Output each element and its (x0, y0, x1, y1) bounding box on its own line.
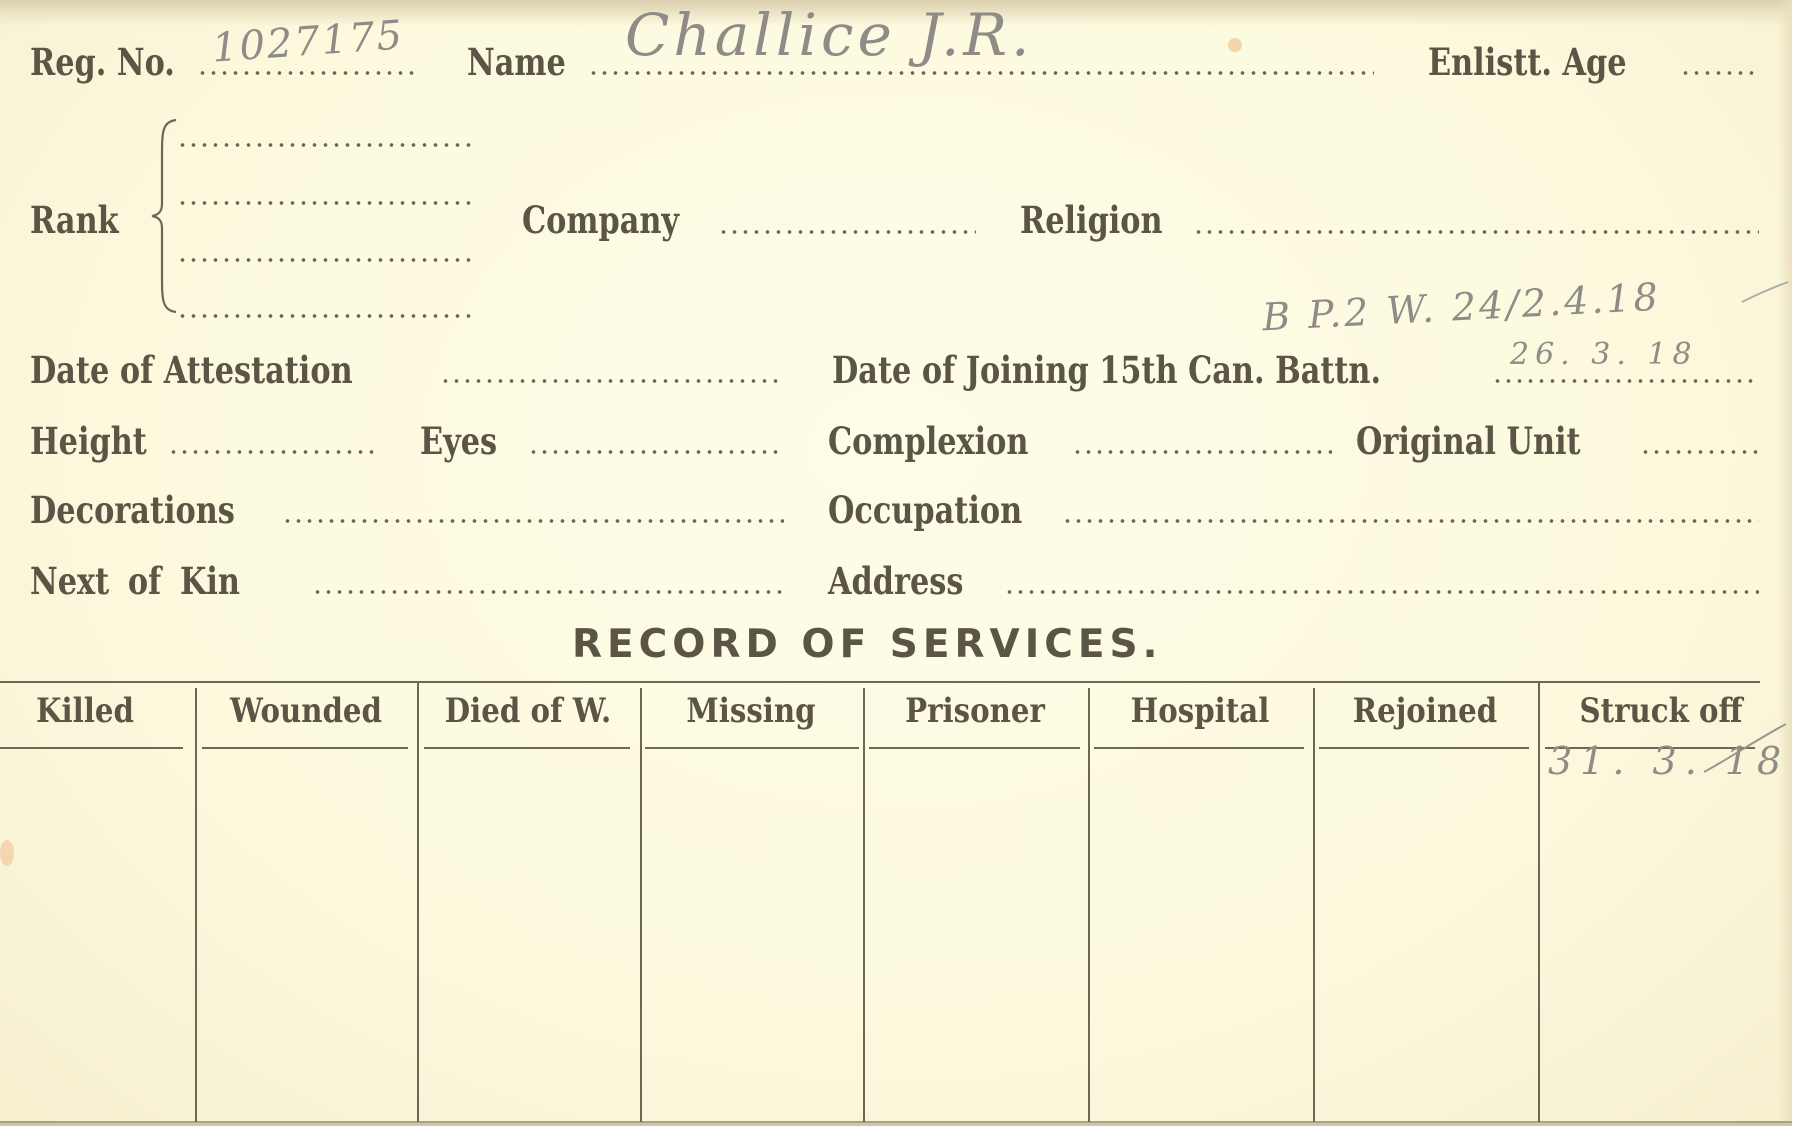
column-divider (640, 688, 642, 1122)
height-label: Height (30, 423, 147, 460)
header-underline (1094, 747, 1304, 749)
name-line (588, 71, 1374, 75)
date-of-joining-line[interactable] (1492, 379, 1759, 383)
reg-no-line (197, 71, 419, 75)
eyes-label: Eyes (420, 423, 497, 460)
enlist-age-line (1680, 71, 1758, 75)
company-line[interactable] (718, 230, 976, 234)
service-record-card: Reg. No. 1027175 Name Challice J.R. Enli… (0, 0, 1792, 1126)
height-line[interactable] (168, 450, 380, 454)
name-value[interactable]: Challice J.R. (625, 6, 1034, 64)
rust-stain (1228, 38, 1242, 52)
next-of-kin-label: Next of Kin (30, 563, 240, 600)
religion-label: Religion (1020, 202, 1163, 239)
address-label: Address (828, 563, 963, 600)
religion-line[interactable] (1193, 230, 1759, 234)
column-header-hospital: Hospital (1108, 694, 1292, 728)
original-unit-line[interactable] (1640, 450, 1759, 454)
date-of-joining-label: Date of Joining 15th Can. Battn. (832, 352, 1381, 389)
rank-brace-icon (150, 118, 180, 314)
record-of-services-title: RECORD OF SERVICES. (572, 622, 1162, 667)
rank-line-1[interactable] (177, 143, 477, 147)
table-top-rule (0, 681, 1760, 683)
address-line[interactable] (1004, 590, 1759, 594)
rank-line-2[interactable] (177, 201, 477, 205)
column-header-wounded: Wounded (215, 694, 397, 728)
reg-no-label: Reg. No. (30, 44, 175, 81)
date-of-joining-value[interactable]: 26. 3. 18 (1510, 340, 1698, 370)
column-divider (417, 683, 419, 1122)
next-of-kin-line[interactable] (312, 590, 784, 594)
column-header-rejoined: Rejoined (1333, 694, 1517, 728)
posting-annotation: B P.2 W. 24/2.4.18 (1261, 278, 1661, 337)
check-mark-icon (1700, 722, 1790, 782)
right-edge-shadow (1778, 0, 1792, 1126)
column-divider (863, 688, 865, 1122)
name-label: Name (467, 44, 566, 81)
eyes-line[interactable] (528, 450, 784, 454)
column-header-killed: Killed (12, 694, 158, 728)
decorations-line[interactable] (282, 519, 784, 523)
complexion-label: Complexion (828, 423, 1028, 460)
header-underline (202, 747, 408, 749)
company-label: Company (522, 202, 679, 239)
date-of-attestation-line[interactable] (440, 379, 784, 383)
header-underline (0, 747, 183, 749)
column-divider (1088, 688, 1090, 1122)
complexion-line[interactable] (1072, 450, 1332, 454)
rank-label: Rank (30, 202, 119, 239)
table-bottom-rule (0, 1121, 1792, 1123)
column-header-missing: Missing (660, 694, 842, 728)
header-underline (869, 747, 1080, 749)
column-divider (1538, 683, 1540, 1122)
rank-line-3[interactable] (177, 258, 477, 262)
rank-line-4[interactable] (177, 314, 477, 318)
header-underline (645, 747, 859, 749)
column-divider (1313, 688, 1315, 1122)
reg-no-value[interactable]: 1027175 (211, 15, 405, 68)
rust-stain (0, 840, 14, 866)
original-unit-label: Original Unit (1356, 423, 1581, 460)
occupation-label: Occupation (828, 492, 1022, 529)
decorations-label: Decorations (30, 492, 235, 529)
date-of-attestation-label: Date of Attestation (30, 352, 353, 389)
header-underline (424, 747, 630, 749)
occupation-line[interactable] (1062, 519, 1759, 523)
column-divider (195, 688, 197, 1122)
header-underline (1319, 747, 1529, 749)
column-header-prisoner: Prisoner (883, 694, 1067, 728)
column-header-died-of-wounds: Died of W. (437, 694, 619, 728)
enlist-age-label: Enlistt. Age (1428, 44, 1627, 81)
check-mark-icon (1740, 280, 1790, 304)
